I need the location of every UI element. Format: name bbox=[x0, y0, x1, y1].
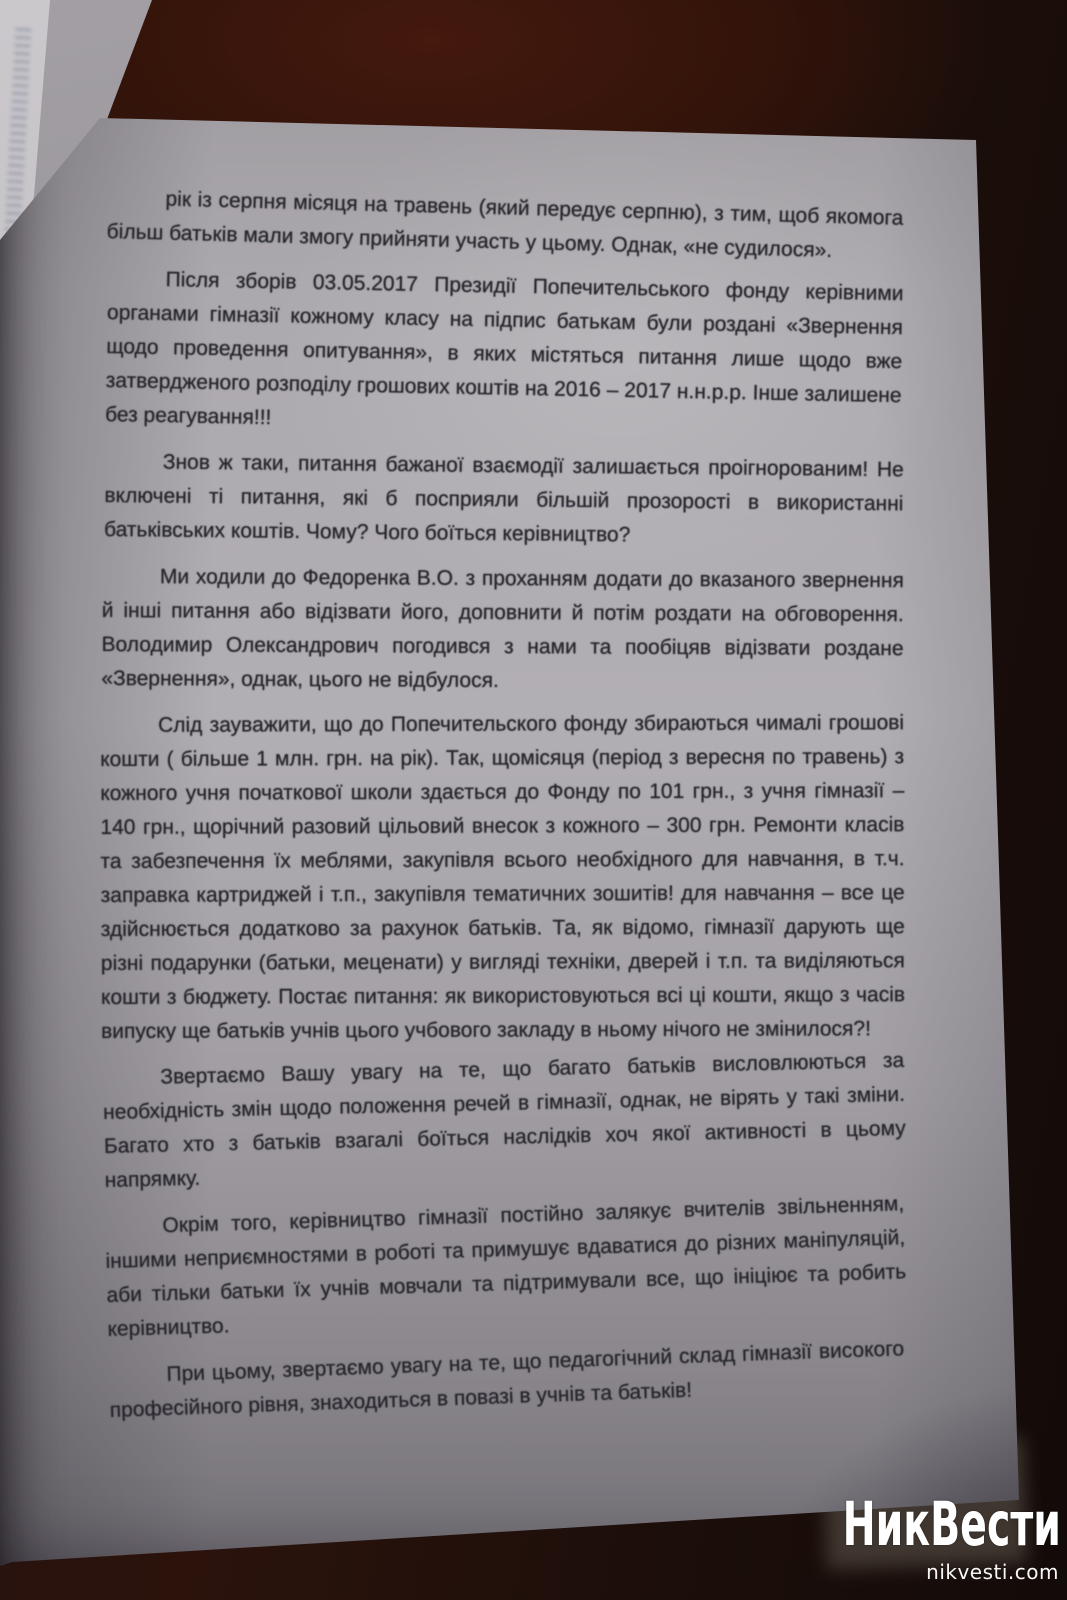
document-paragraph: Слід зауважити, що до Попечительского фо… bbox=[100, 706, 905, 1049]
watermark: НикВести nikvesti.com bbox=[801, 1508, 1061, 1584]
photo-scene: рік із серпня місяця на травень (який пе… bbox=[0, 0, 1067, 1600]
document-paragraph: Після зборів 03.05.2017 Президії Попечит… bbox=[105, 262, 904, 447]
watermark-url: nikvesti.com bbox=[801, 1560, 1059, 1584]
document-paragraph: Звертаємо Вашу увагу на те, що багато ба… bbox=[102, 1044, 907, 1198]
document-text: рік із серпня місяця на травень (який пе… bbox=[108, 181, 904, 1441]
document-page: рік із серпня місяця на травень (який пе… bbox=[0, 0, 1067, 1600]
document-paragraph: Знов ж таки, питання бажаної взаємодії з… bbox=[104, 445, 904, 555]
document-paragraph: рік із серпня місяця на травень (який пе… bbox=[106, 181, 904, 270]
watermark-logo: НикВести bbox=[843, 1495, 1061, 1555]
document-paragraph: Ми ходили до Федоренка В.О. з проханням … bbox=[101, 560, 904, 700]
document-paragraph: Окрім того, керівництво гімназії постійн… bbox=[104, 1187, 908, 1347]
document-paragraph: При цьому, звертаємо увагу на те, що пед… bbox=[108, 1332, 906, 1428]
